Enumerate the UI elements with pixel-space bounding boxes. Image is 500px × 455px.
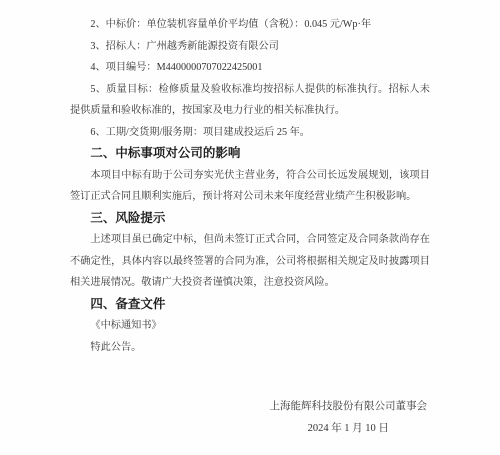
section-risk-heading: 三、风险提示 <box>70 208 430 230</box>
closing-statement: 特此公告。 <box>70 337 430 359</box>
signature-inner: 上海能辉科技股份有限公司董事会 2024 年 1 月 10 日 <box>270 396 428 439</box>
reference-document-name: 《中标通知书》 <box>70 315 430 337</box>
announcement-page: 2、中标价：单位装机容量单价平均值（含税）：0.045 元/Wp·年 3、招标人… <box>0 0 500 455</box>
section-impact-body: 本项目中标有助于公司夯实光伏主营业务，符合公司长远发展规划，该项目签订正式合同且… <box>70 165 430 208</box>
quality-target-paragraph: 5、质量目标：检修质量及验收标准均按招标人提供的标准执行。招标人未提供质量和验收… <box>70 79 430 122</box>
project-number-line: 4、项目编号：M4400000707022425001 <box>70 57 430 79</box>
service-period-line: 6、工期/交货期/服务期：项目建成投运后 25 年。 <box>70 122 430 144</box>
section-impact-heading: 二、中标事项对公司的影响 <box>70 143 430 165</box>
signature-date: 2024 年 1 月 10 日 <box>270 418 428 440</box>
signature-block: 上海能辉科技股份有限公司董事会 2024 年 1 月 10 日 <box>70 396 430 439</box>
section-risk-body: 上述项目虽已确定中标，但尚未签订正式合同，合同签定及合同条款尚存在不确定性，具体… <box>70 229 430 294</box>
bid-price-line: 2、中标价：单位装机容量单价平均值（含税）：0.045 元/Wp·年 <box>70 14 430 36</box>
signature-company: 上海能辉科技股份有限公司董事会 <box>270 396 428 418</box>
tenderee-line: 3、招标人：广州越秀新能源投资有限公司 <box>70 36 430 58</box>
section-reference-heading: 四、备查文件 <box>70 294 430 316</box>
